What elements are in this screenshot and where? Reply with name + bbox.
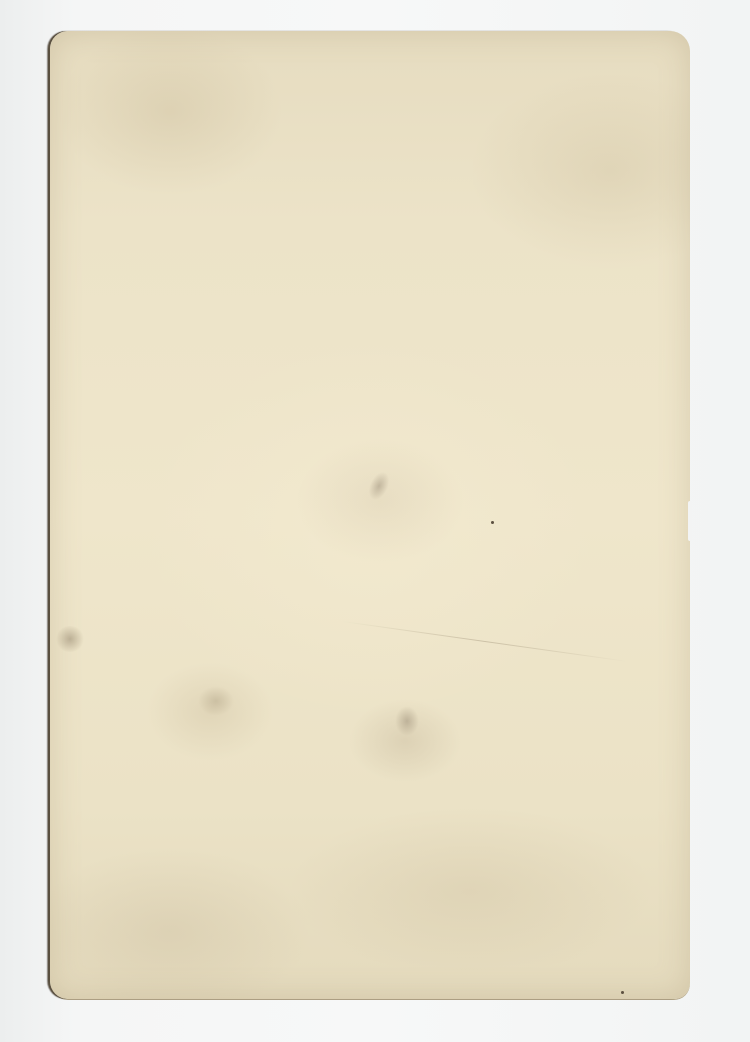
speck <box>491 521 494 524</box>
stain-lower-center <box>395 706 419 736</box>
stain-center <box>365 469 394 504</box>
scratch-mark <box>341 621 628 662</box>
stain-left-edge <box>55 626 85 652</box>
edge-notch <box>688 501 692 541</box>
speck <box>621 991 624 994</box>
stain-lower-left <box>198 686 234 716</box>
cabinet-card-back <box>50 31 690 999</box>
